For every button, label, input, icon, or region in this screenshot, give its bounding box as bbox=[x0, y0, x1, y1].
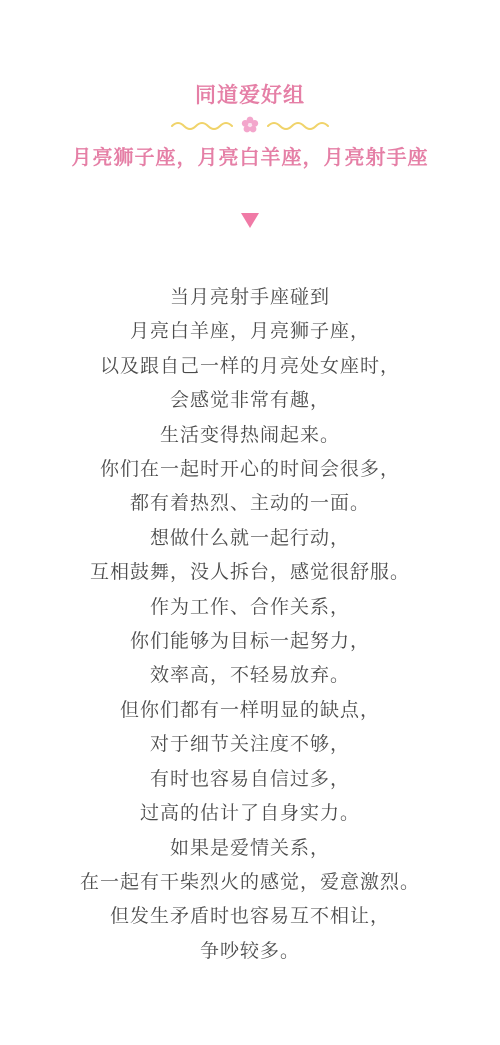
body-line: 月亮白羊座，月亮狮子座， bbox=[0, 314, 500, 348]
section-subtitle: 月亮狮子座，月亮白羊座，月亮射手座 bbox=[0, 142, 500, 172]
flower-icon bbox=[242, 117, 258, 133]
body-line: 想做什么就一起行动， bbox=[0, 521, 500, 555]
body-line: 作为工作、合作关系， bbox=[0, 590, 500, 624]
body-line: 对于细节关注度不够， bbox=[0, 727, 500, 761]
body-line: 但发生矛盾时也容易互不相让， bbox=[0, 899, 500, 933]
body-line: 以及跟自己一样的月亮处女座时， bbox=[0, 349, 500, 383]
body-line: 如果是爱情关系， bbox=[0, 831, 500, 865]
body-line: 有时也容易自信过多， bbox=[0, 762, 500, 796]
body-line: 你们在一起时开心的时间会很多， bbox=[0, 452, 500, 486]
body-line: 生活变得热闹起来。 bbox=[0, 418, 500, 452]
wavy-divider-flower-icon bbox=[160, 114, 340, 136]
body-line: 效率高，不轻易放弃。 bbox=[0, 658, 500, 692]
section-title: 同道爱好组 bbox=[0, 80, 500, 110]
body-line: 都有着热烈、主动的一面。 bbox=[0, 486, 500, 520]
down-triangle-icon bbox=[241, 213, 259, 228]
body-line: 会感觉非常有趣， bbox=[0, 383, 500, 417]
body-line: 但你们都有一样明显的缺点， bbox=[0, 693, 500, 727]
article-body: 当月亮射手座碰到 月亮白羊座，月亮狮子座， 以及跟自己一样的月亮处女座时， 会感… bbox=[0, 280, 500, 968]
body-line: 在一起有干柴烈火的感觉，爱意激烈。 bbox=[0, 865, 500, 899]
body-line: 过高的估计了自身实力。 bbox=[0, 796, 500, 830]
body-line: 当月亮射手座碰到 bbox=[0, 280, 500, 314]
body-line: 争吵较多。 bbox=[0, 934, 500, 968]
body-line: 互相鼓舞，没人拆台，感觉很舒服。 bbox=[0, 555, 500, 589]
left-wave-icon bbox=[172, 123, 232, 129]
article-page: 同道爱好组 月亮狮子座，月亮白羊座，月亮射手座 当月亮射手座碰到 月亮白羊座，月… bbox=[0, 0, 500, 1045]
right-wave-icon bbox=[268, 123, 328, 129]
body-line: 你们能够为目标一起努力， bbox=[0, 624, 500, 658]
